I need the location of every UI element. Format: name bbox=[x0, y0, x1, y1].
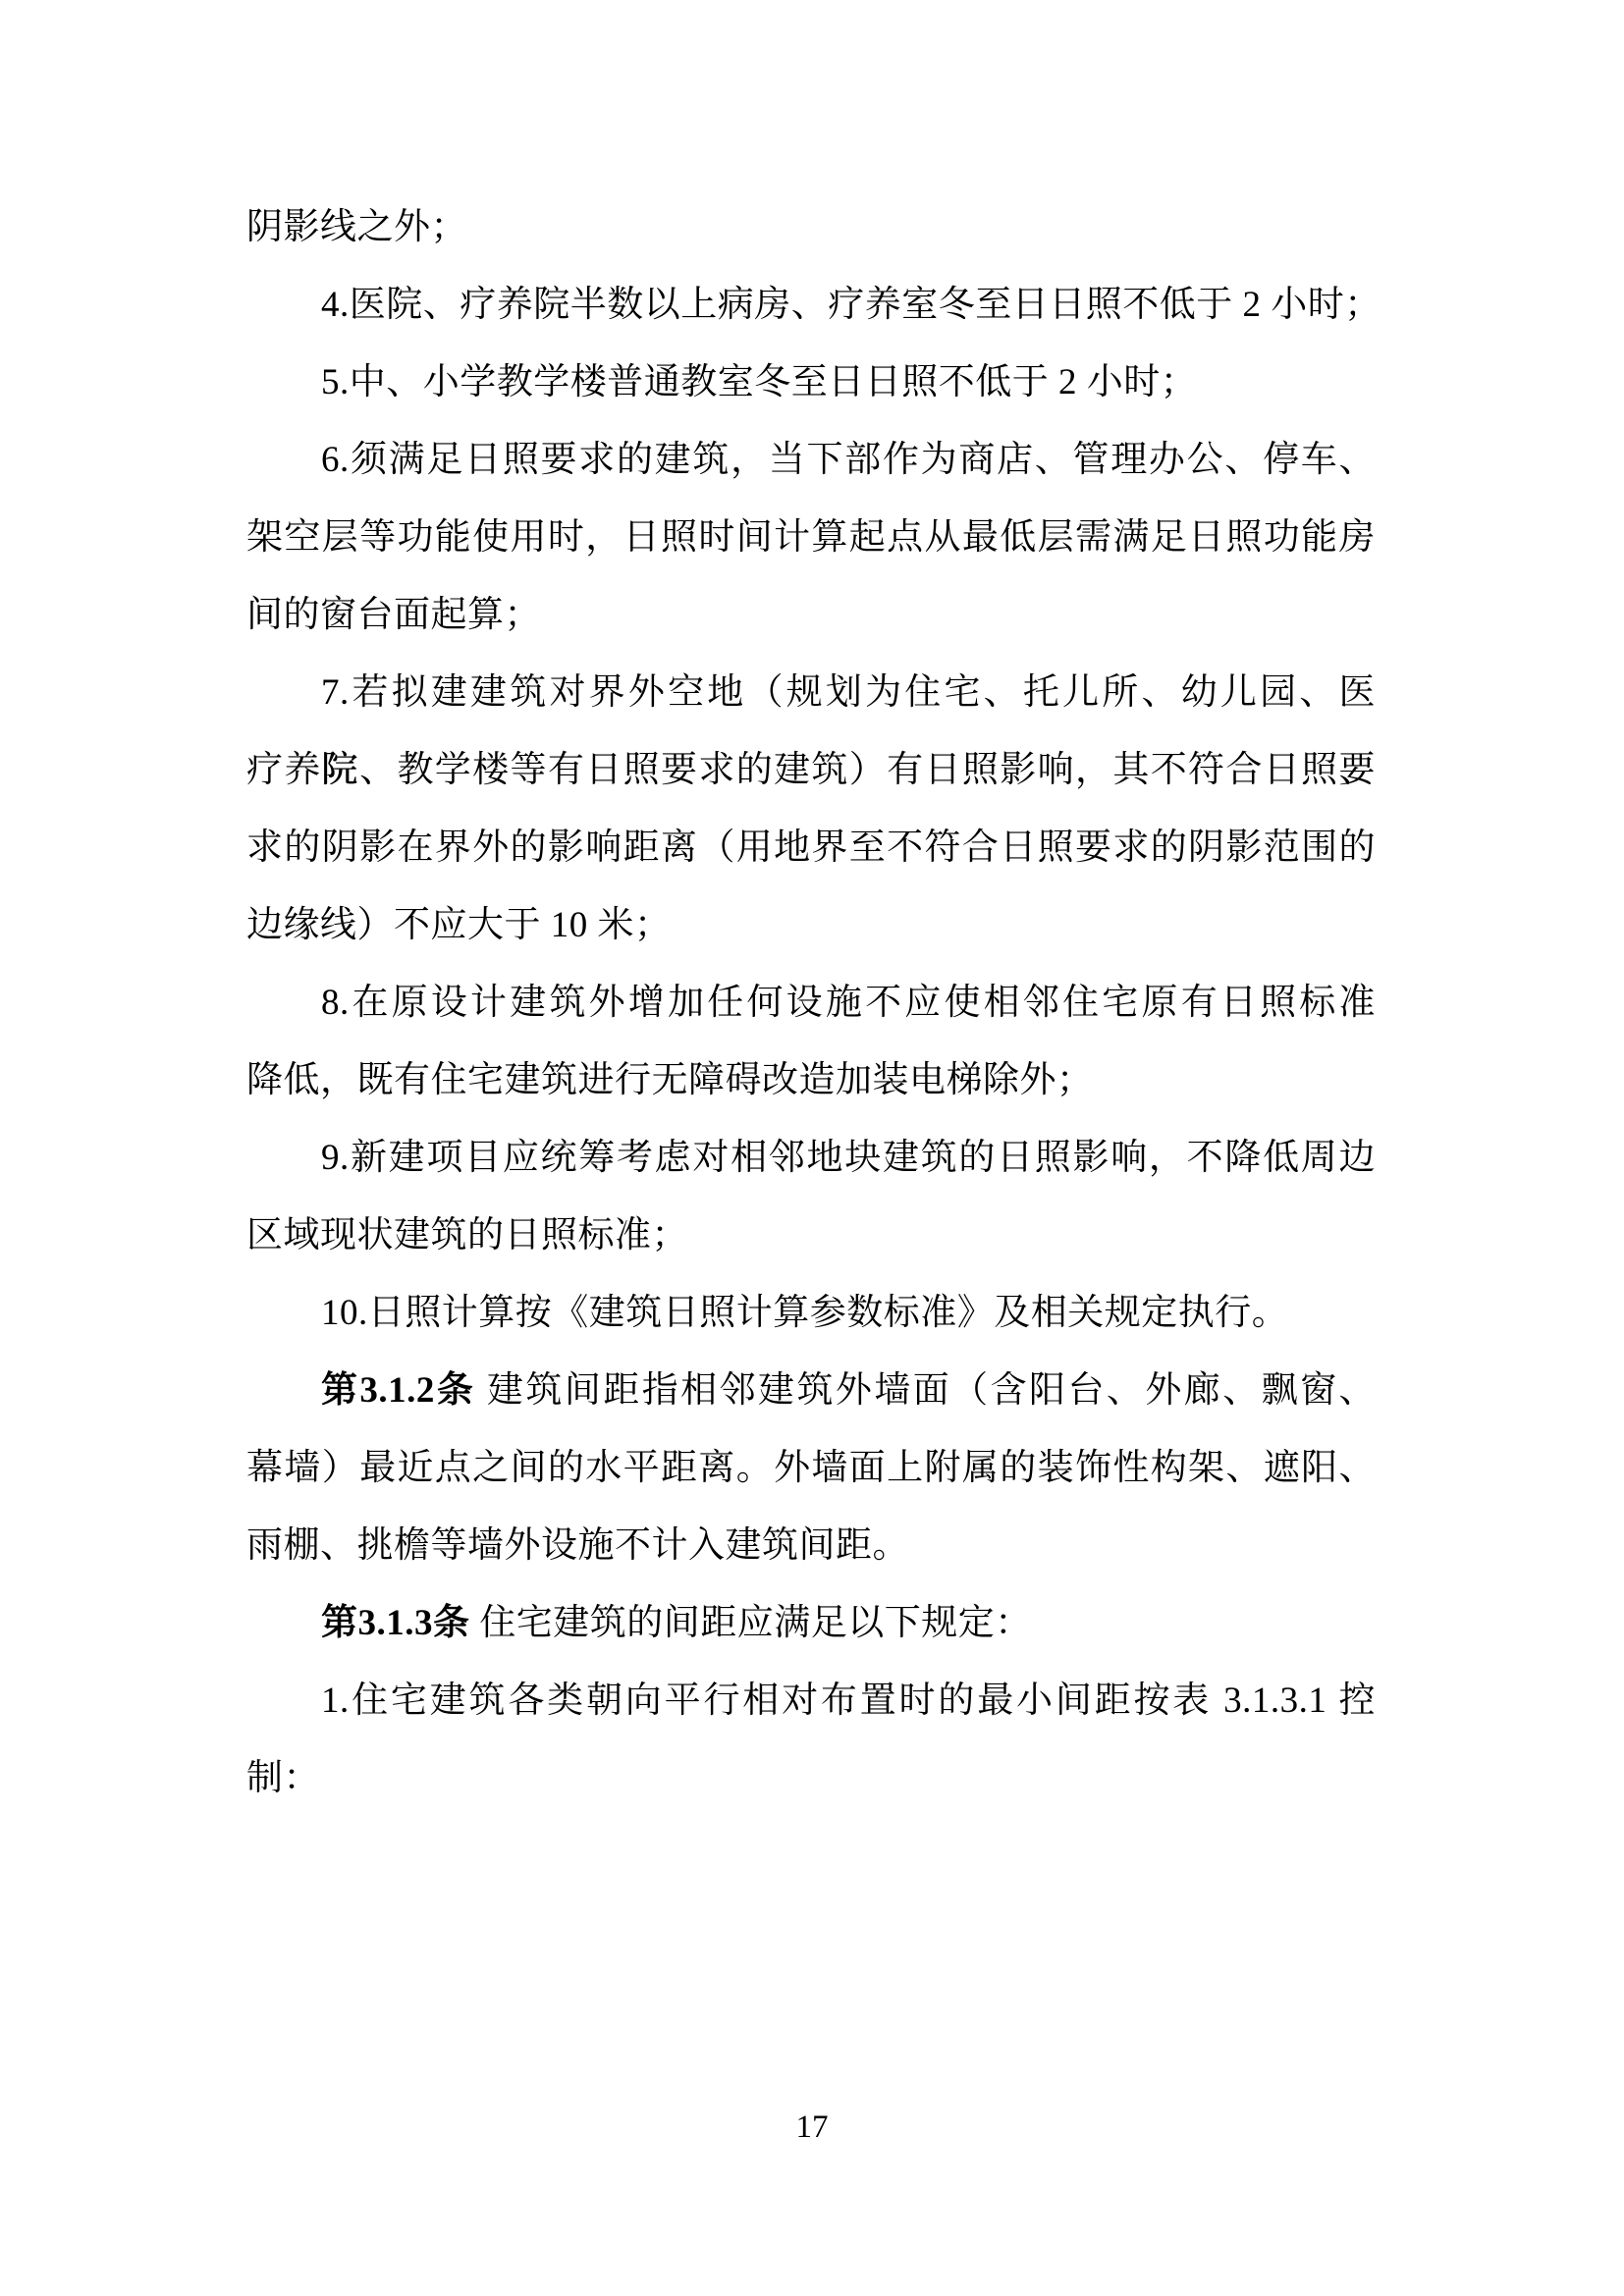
text-line: 制： bbox=[246, 1739, 1376, 1817]
text-run: 9.新建项目应统筹考虑对相邻地块建筑的日照影响，不降低周边 bbox=[321, 1138, 1376, 1178]
text-run: 1.住宅建筑各类朝向平行相对布置时的最小间距按表 3.1.3.1 控 bbox=[321, 1681, 1376, 1721]
text-run: 10.日照计算按《建筑日照计算参数标准》及相关规定执行。 bbox=[321, 1293, 1288, 1333]
document-page: 阴影线之外；4.医院、疗养院半数以上病房、疗养室冬至日日照不低于 2 小时；5.… bbox=[0, 0, 1624, 2296]
text-run: 幕墙）最近点之间的水平距离。外墙面上附属的装饰性构架、遮阳、 bbox=[246, 1448, 1376, 1488]
text-line: 区域现状建筑的日照标准； bbox=[246, 1197, 1376, 1274]
page-number: 17 bbox=[796, 2109, 829, 2145]
clause-number: 第3.1.2条 bbox=[321, 1370, 475, 1411]
text-line: 幕墙）最近点之间的水平距离。外墙面上附属的装饰性构架、遮阳、 bbox=[246, 1429, 1376, 1507]
text-line: 9.新建项目应统筹考虑对相邻地块建筑的日照影响，不降低周边 bbox=[246, 1119, 1376, 1197]
text-line: 5.中、小学教学楼普通教室冬至日日照不低于 2 小时； bbox=[246, 344, 1376, 421]
text-line: 第3.1.2条 建筑间距指相邻建筑外墙面（含阳台、外廊、飘窗、 bbox=[246, 1352, 1376, 1429]
document-body: 阴影线之外；4.医院、疗养院半数以上病房、疗养室冬至日日照不低于 2 小时；5.… bbox=[246, 188, 1376, 1817]
text-run: 降低，既有住宅建筑进行无障碍改造加装电梯除外； bbox=[246, 1060, 1094, 1100]
text-run: 8.在原设计建筑外增加任何设施不应使相邻住宅原有日照标准 bbox=[321, 983, 1376, 1023]
text-line: 第3.1.3条 住宅建筑的间距应满足以下规定： bbox=[246, 1584, 1376, 1662]
text-line: 降低，既有住宅建筑进行无障碍改造加装电梯除外； bbox=[246, 1041, 1376, 1119]
text-run: 雨棚、挑檐等墙外设施不计入建筑间距。 bbox=[246, 1525, 909, 1566]
page-footer: 17 bbox=[0, 2103, 1624, 2152]
text-run: 边缘线）不应大于 10 米； bbox=[246, 905, 672, 945]
text-run: 间的窗台面起算； bbox=[246, 595, 541, 635]
text-run: 制： bbox=[246, 1758, 320, 1798]
text-line: 阴影线之外； bbox=[246, 188, 1376, 266]
text-run: 疗养院、教学楼等有日照要求的建筑）有日照影响，其不符合日照要 bbox=[246, 750, 1376, 790]
text-line: 雨棚、挑檐等墙外设施不计入建筑间距。 bbox=[246, 1507, 1376, 1584]
text-run: 建筑间距指相邻建筑外墙面（含阳台、外廊、飘窗、 bbox=[475, 1370, 1376, 1411]
text-run: 5.中、小学教学楼普通教室冬至日日照不低于 2 小时； bbox=[321, 362, 1197, 402]
text-line: 疗养院、教学楼等有日照要求的建筑）有日照影响，其不符合日照要 bbox=[246, 731, 1376, 809]
text-run: 求的阴影在界外的影响距离（用地界至不符合日照要求的阴影范围的 bbox=[246, 828, 1376, 868]
text-line: 边缘线）不应大于 10 米； bbox=[246, 886, 1376, 964]
text-line: 4.医院、疗养院半数以上病房、疗养室冬至日日照不低于 2 小时； bbox=[246, 266, 1376, 344]
text-run: 阴影线之外； bbox=[246, 207, 467, 247]
text-run: 架空层等功能使用时，日照时间计算起点从最低层需满足日照功能房 bbox=[246, 517, 1376, 558]
text-line: 7.若拟建建筑对界外空地（规划为住宅、托儿所、幼儿园、医院、 bbox=[246, 654, 1376, 731]
text-run: 住宅建筑的间距应满足以下规定： bbox=[470, 1603, 1032, 1643]
text-line: 8.在原设计建筑外增加任何设施不应使相邻住宅原有日照标准 bbox=[246, 964, 1376, 1041]
text-run: 6.须满足日照要求的建筑，当下部作为商店、管理办公、停车、 bbox=[321, 440, 1376, 480]
text-line: 间的窗台面起算； bbox=[246, 576, 1376, 654]
text-run: 4.医院、疗养院半数以上病房、疗养室冬至日日照不低于 2 小时； bbox=[321, 285, 1381, 325]
text-line: 6.须满足日照要求的建筑，当下部作为商店、管理办公、停车、 bbox=[246, 421, 1376, 499]
clause-number: 第3.1.3条 bbox=[321, 1603, 470, 1643]
text-line: 架空层等功能使用时，日照时间计算起点从最低层需满足日照功能房 bbox=[246, 499, 1376, 576]
text-line: 求的阴影在界外的影响距离（用地界至不符合日照要求的阴影范围的 bbox=[246, 809, 1376, 886]
text-run: 区域现状建筑的日照标准； bbox=[246, 1215, 688, 1255]
text-line: 10.日照计算按《建筑日照计算参数标准》及相关规定执行。 bbox=[246, 1274, 1376, 1352]
text-line: 1.住宅建筑各类朝向平行相对布置时的最小间距按表 3.1.3.1 控 bbox=[246, 1662, 1376, 1739]
